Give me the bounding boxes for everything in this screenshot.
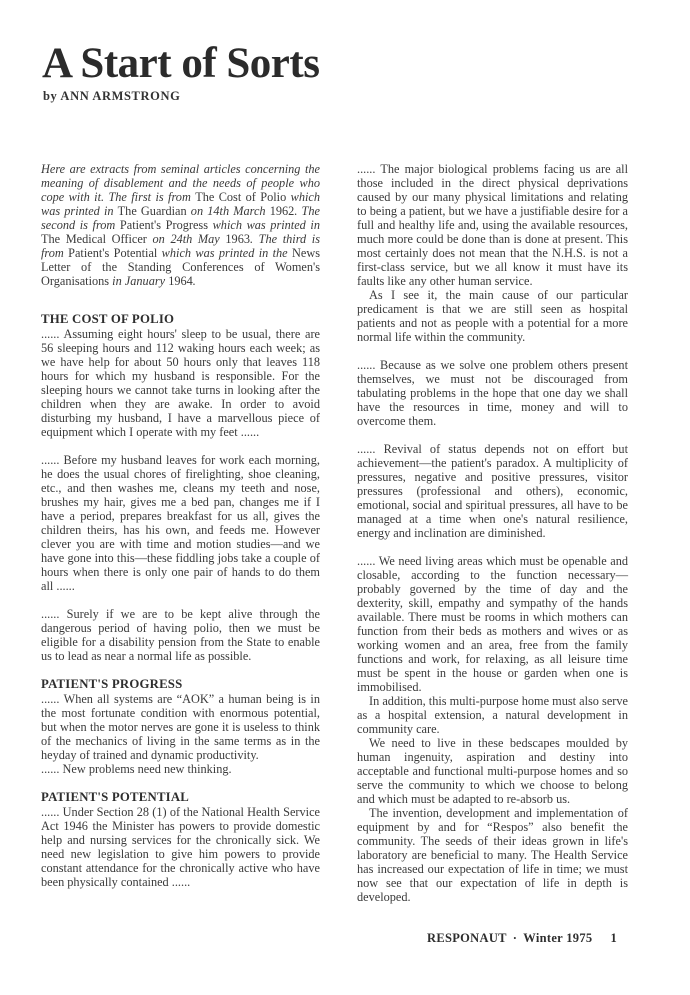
article-title: A Start of Sorts — [42, 40, 319, 88]
paragraph: ...... We need living areas which must b… — [357, 554, 628, 694]
paragraph: In addition, this multi-purpose home mus… — [357, 694, 628, 736]
paragraph: ...... The major biological problems fac… — [357, 162, 628, 288]
paragraph: ...... When all systems are “AOK” a huma… — [41, 692, 320, 762]
paragraph: ...... Before my husband leaves for work… — [41, 453, 320, 593]
publication-name: RESPONAUT — [427, 931, 507, 945]
paragraph: We need to live in these bedscapes mould… — [357, 736, 628, 806]
paragraph: The invention, development and implement… — [357, 806, 628, 904]
right-column: ...... The major biological problems fac… — [357, 162, 628, 904]
article-byline: by ANN ARMSTRONG — [43, 89, 180, 104]
paragraph: ...... Surely if we are to be kept alive… — [41, 607, 320, 663]
paragraph: As I see it, the main cause of our parti… — [357, 288, 628, 344]
page-footer: RESPONAUT·Winter 19751 — [427, 931, 617, 946]
footer-separator: · — [507, 931, 523, 945]
paragraph: ...... Assuming eight hours' sleep to be… — [41, 327, 320, 439]
section-heading-cost-of-polio: THE COST OF POLIO — [41, 312, 320, 327]
paragraph: ...... Under Section 28 (1) of the Natio… — [41, 805, 320, 889]
left-column: Here are extracts from seminal articles … — [41, 162, 320, 889]
issue-label: Winter 1975 — [523, 931, 592, 945]
intro-paragraph: Here are extracts from seminal articles … — [41, 162, 320, 288]
paragraph: ...... New problems need new thinking. — [41, 762, 320, 776]
section-heading-patients-progress: PATIENT'S PROGRESS — [41, 677, 320, 692]
section-heading-patients-potential: PATIENT'S POTENTIAL — [41, 790, 320, 805]
paragraph: ...... Because as we solve one problem o… — [357, 358, 628, 428]
page-number: 1 — [592, 931, 617, 945]
paragraph: ...... Revival of status depends not on … — [357, 442, 628, 540]
